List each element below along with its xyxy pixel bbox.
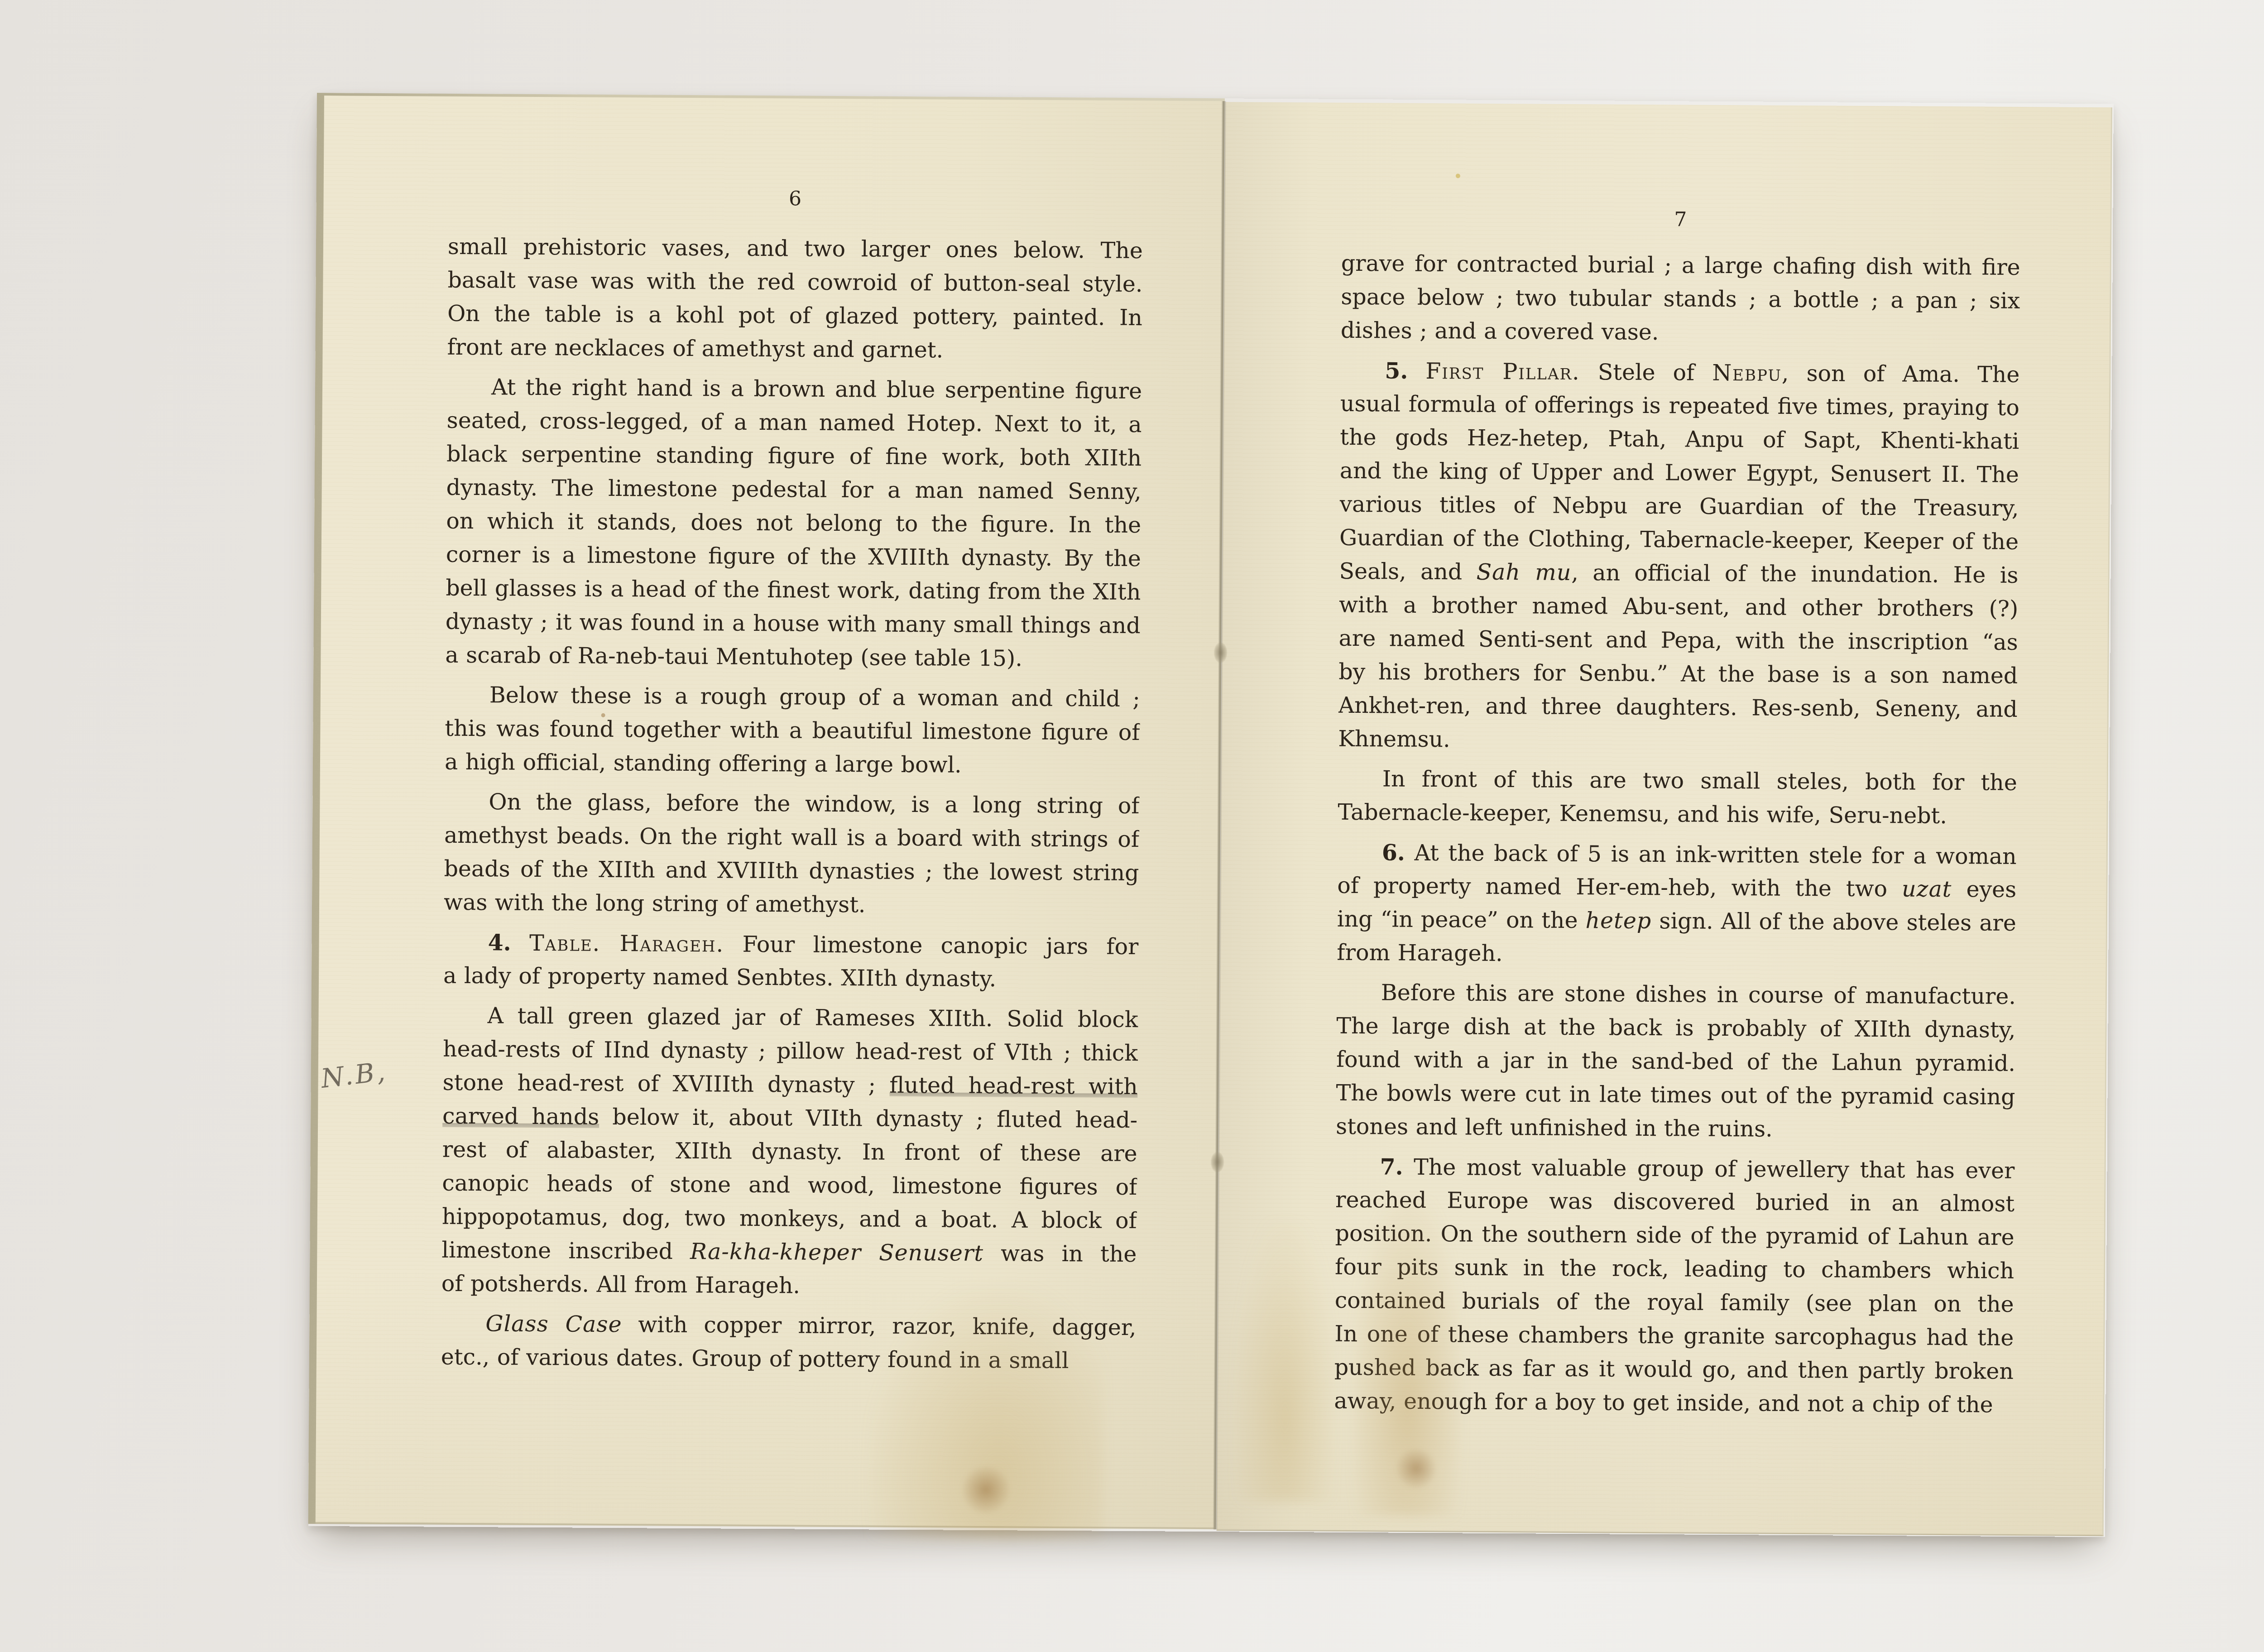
page-stain-spot (959, 1463, 1013, 1518)
page-7-number: 7 (1341, 206, 2020, 233)
open-booklet: 6 small prehistoric vases, and two large… (308, 93, 2114, 1537)
foxing-speck (1015, 389, 1019, 393)
photo-background: 6 small prehistoric vases, and two large… (0, 0, 2264, 1652)
page-6: 6 small prehistoric vases, and two large… (316, 96, 1223, 1529)
page-7-text: grave for contracted burial ; a large ch… (1334, 247, 2020, 1428)
binding-stitch (1210, 1152, 1224, 1172)
pencil-margin-note: N.B, (319, 1056, 389, 1094)
binding-stitch (1214, 642, 1227, 663)
page-6-number: 6 (448, 185, 1143, 212)
foxing-speck (1456, 173, 1460, 178)
page-stain (1235, 1220, 1336, 1502)
page-6-text: small prehistoric vases, and two larger … (441, 230, 1143, 1384)
foxing-speck (601, 713, 605, 717)
page-7: 7 grave for contracted burial ; a large … (1217, 102, 2112, 1536)
page-stain-spot (1396, 1444, 1437, 1494)
